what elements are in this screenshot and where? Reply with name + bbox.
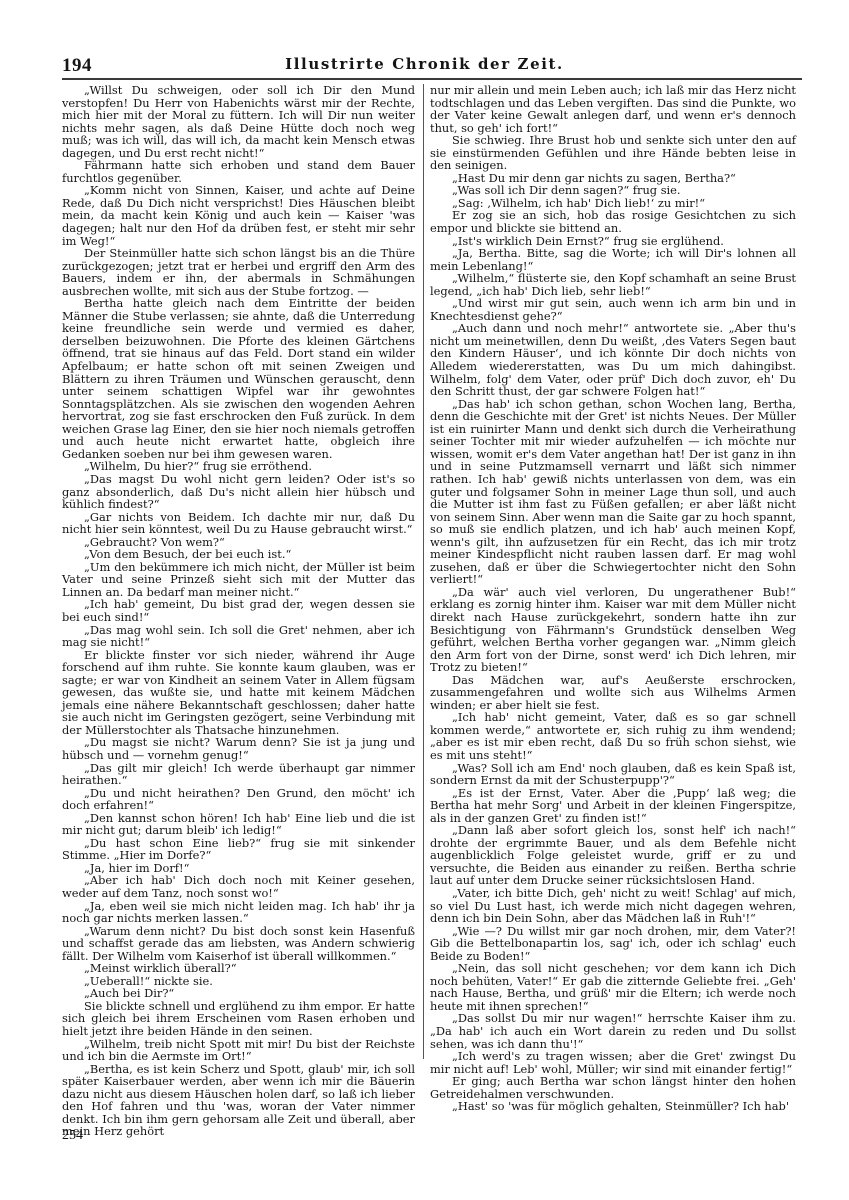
paragraph: „Das hab' ich schon gethan, schon Wochen… <box>430 398 796 586</box>
paragraph: „Du magst sie nicht? Warum denn? Sie ist… <box>62 736 415 761</box>
paragraph: Bertha hatte gleich nach dem Eintritte d… <box>62 297 415 460</box>
paragraph: „Vater, ich bitte Dich, geh' nicht zu we… <box>430 887 796 925</box>
paragraph: „Auch dann und noch mehr!“ antwortete si… <box>430 322 796 397</box>
paragraph: „Warum denn nicht? Du bist doch sonst ke… <box>62 925 415 963</box>
paragraph: „Ich werd's zu tragen wissen; aber die G… <box>430 1050 796 1075</box>
paragraph: „Was? Soll ich am End' noch glauben, daß… <box>430 762 796 787</box>
right-column: nur mir allein und mein Leben auch; ich … <box>430 84 796 1113</box>
paragraph: „Ich hab' nicht gemeint, Vater, daß es s… <box>430 711 796 761</box>
paragraph: „Ich hab' gemeint, Du bist grad der, weg… <box>62 598 415 623</box>
paragraph: „Ja, Bertha. Bitte, sag die Worte; ich w… <box>430 247 796 272</box>
paragraph: „Willst Du schweigen, oder soll ich Dir … <box>62 84 415 159</box>
paragraph: „Gar nichts von Beidem. Ich dachte mir n… <box>62 511 415 536</box>
left-column: „Willst Du schweigen, oder soll ich Dir … <box>62 84 415 1138</box>
paragraph: „Es ist der Ernst, Vater. Aber die ‚Pupp… <box>430 787 796 825</box>
paragraph: „Hast' so 'was für möglich gehalten, Ste… <box>430 1100 796 1113</box>
column-divider <box>423 84 424 1059</box>
paragraph: „Dann laß aber sofort gleich los, sonst … <box>430 824 796 887</box>
paragraph: Er zog sie an sich, hob das rosige Gesic… <box>430 209 796 234</box>
paragraph: „Den kannst schon hören! Ich hab' Eine l… <box>62 812 415 837</box>
paragraph: Fährmann hatte sich erhoben und stand de… <box>62 159 415 184</box>
paragraph: „Von dem Besuch, der bei euch ist.“ <box>62 548 415 561</box>
paragraph: „Wie —? Du willst mir gar noch drohen, m… <box>430 925 796 963</box>
paragraph: Sie blickte schnell und erglühend zu ihm… <box>62 1000 415 1038</box>
paragraph: „Wilhelm,“ flüsterte sie, den Kopf scham… <box>430 272 796 297</box>
paragraph: „Das magst Du wohl nicht gern leiden? Od… <box>62 473 415 511</box>
paragraph: „Du hast schon Eine lieb?“ frug sie mit … <box>62 837 415 862</box>
paragraph: Er blickte finster vor sich nieder, währ… <box>62 649 415 737</box>
paragraph: Er ging; auch Bertha war schon längst hi… <box>430 1075 796 1100</box>
archive-page-number: 254 <box>62 1128 83 1144</box>
paragraph: Sie schwieg. Ihre Brust hob und senkte s… <box>430 134 796 172</box>
paragraph: „Da wär' auch viel verloren, Du ungerath… <box>430 586 796 674</box>
paragraph: „Bertha, es ist kein Scherz und Spott, g… <box>62 1063 415 1138</box>
paragraph: „Das sollst Du mir nur wagen!“ herrschte… <box>430 1012 796 1050</box>
paragraph: „Das gilt mir gleich! Ich werde überhaup… <box>62 762 415 787</box>
paragraph: „Ja, eben weil sie mich nicht leiden mag… <box>62 900 415 925</box>
paragraph: „Du und nicht heirathen? Den Grund, den … <box>62 787 415 812</box>
paragraph: „Und wirst mir gut sein, auch wenn ich a… <box>430 297 796 322</box>
running-title: Illustrirte Chronik der Zeit. <box>0 55 849 73</box>
paragraph: „Nein, das soll nicht geschehen; vor dem… <box>430 962 796 1012</box>
paragraph: „Das mag wohl sein. Ich soll die Gret' n… <box>62 624 415 649</box>
paragraph: „Komm nicht von Sinnen, Kaiser, und acht… <box>62 184 415 247</box>
paragraph: „Aber ich hab' Dich doch noch mit Keiner… <box>62 874 415 899</box>
paragraph: „Meinst wirklich überall?“ <box>62 962 415 975</box>
header-rule <box>62 78 802 80</box>
paragraph: Der Steinmüller hatte sich schon längst … <box>62 247 415 297</box>
paragraph: „Um den bekümmere ich mich nicht, der Mü… <box>62 561 415 599</box>
paragraph: Das Mädchen war, auf's Aeußerste erschro… <box>430 674 796 712</box>
paragraph-continued: nur mir allein und mein Leben auch; ich … <box>430 84 796 134</box>
paragraph: „Wilhelm, treib nicht Spott mit mir! Du … <box>62 1038 415 1063</box>
